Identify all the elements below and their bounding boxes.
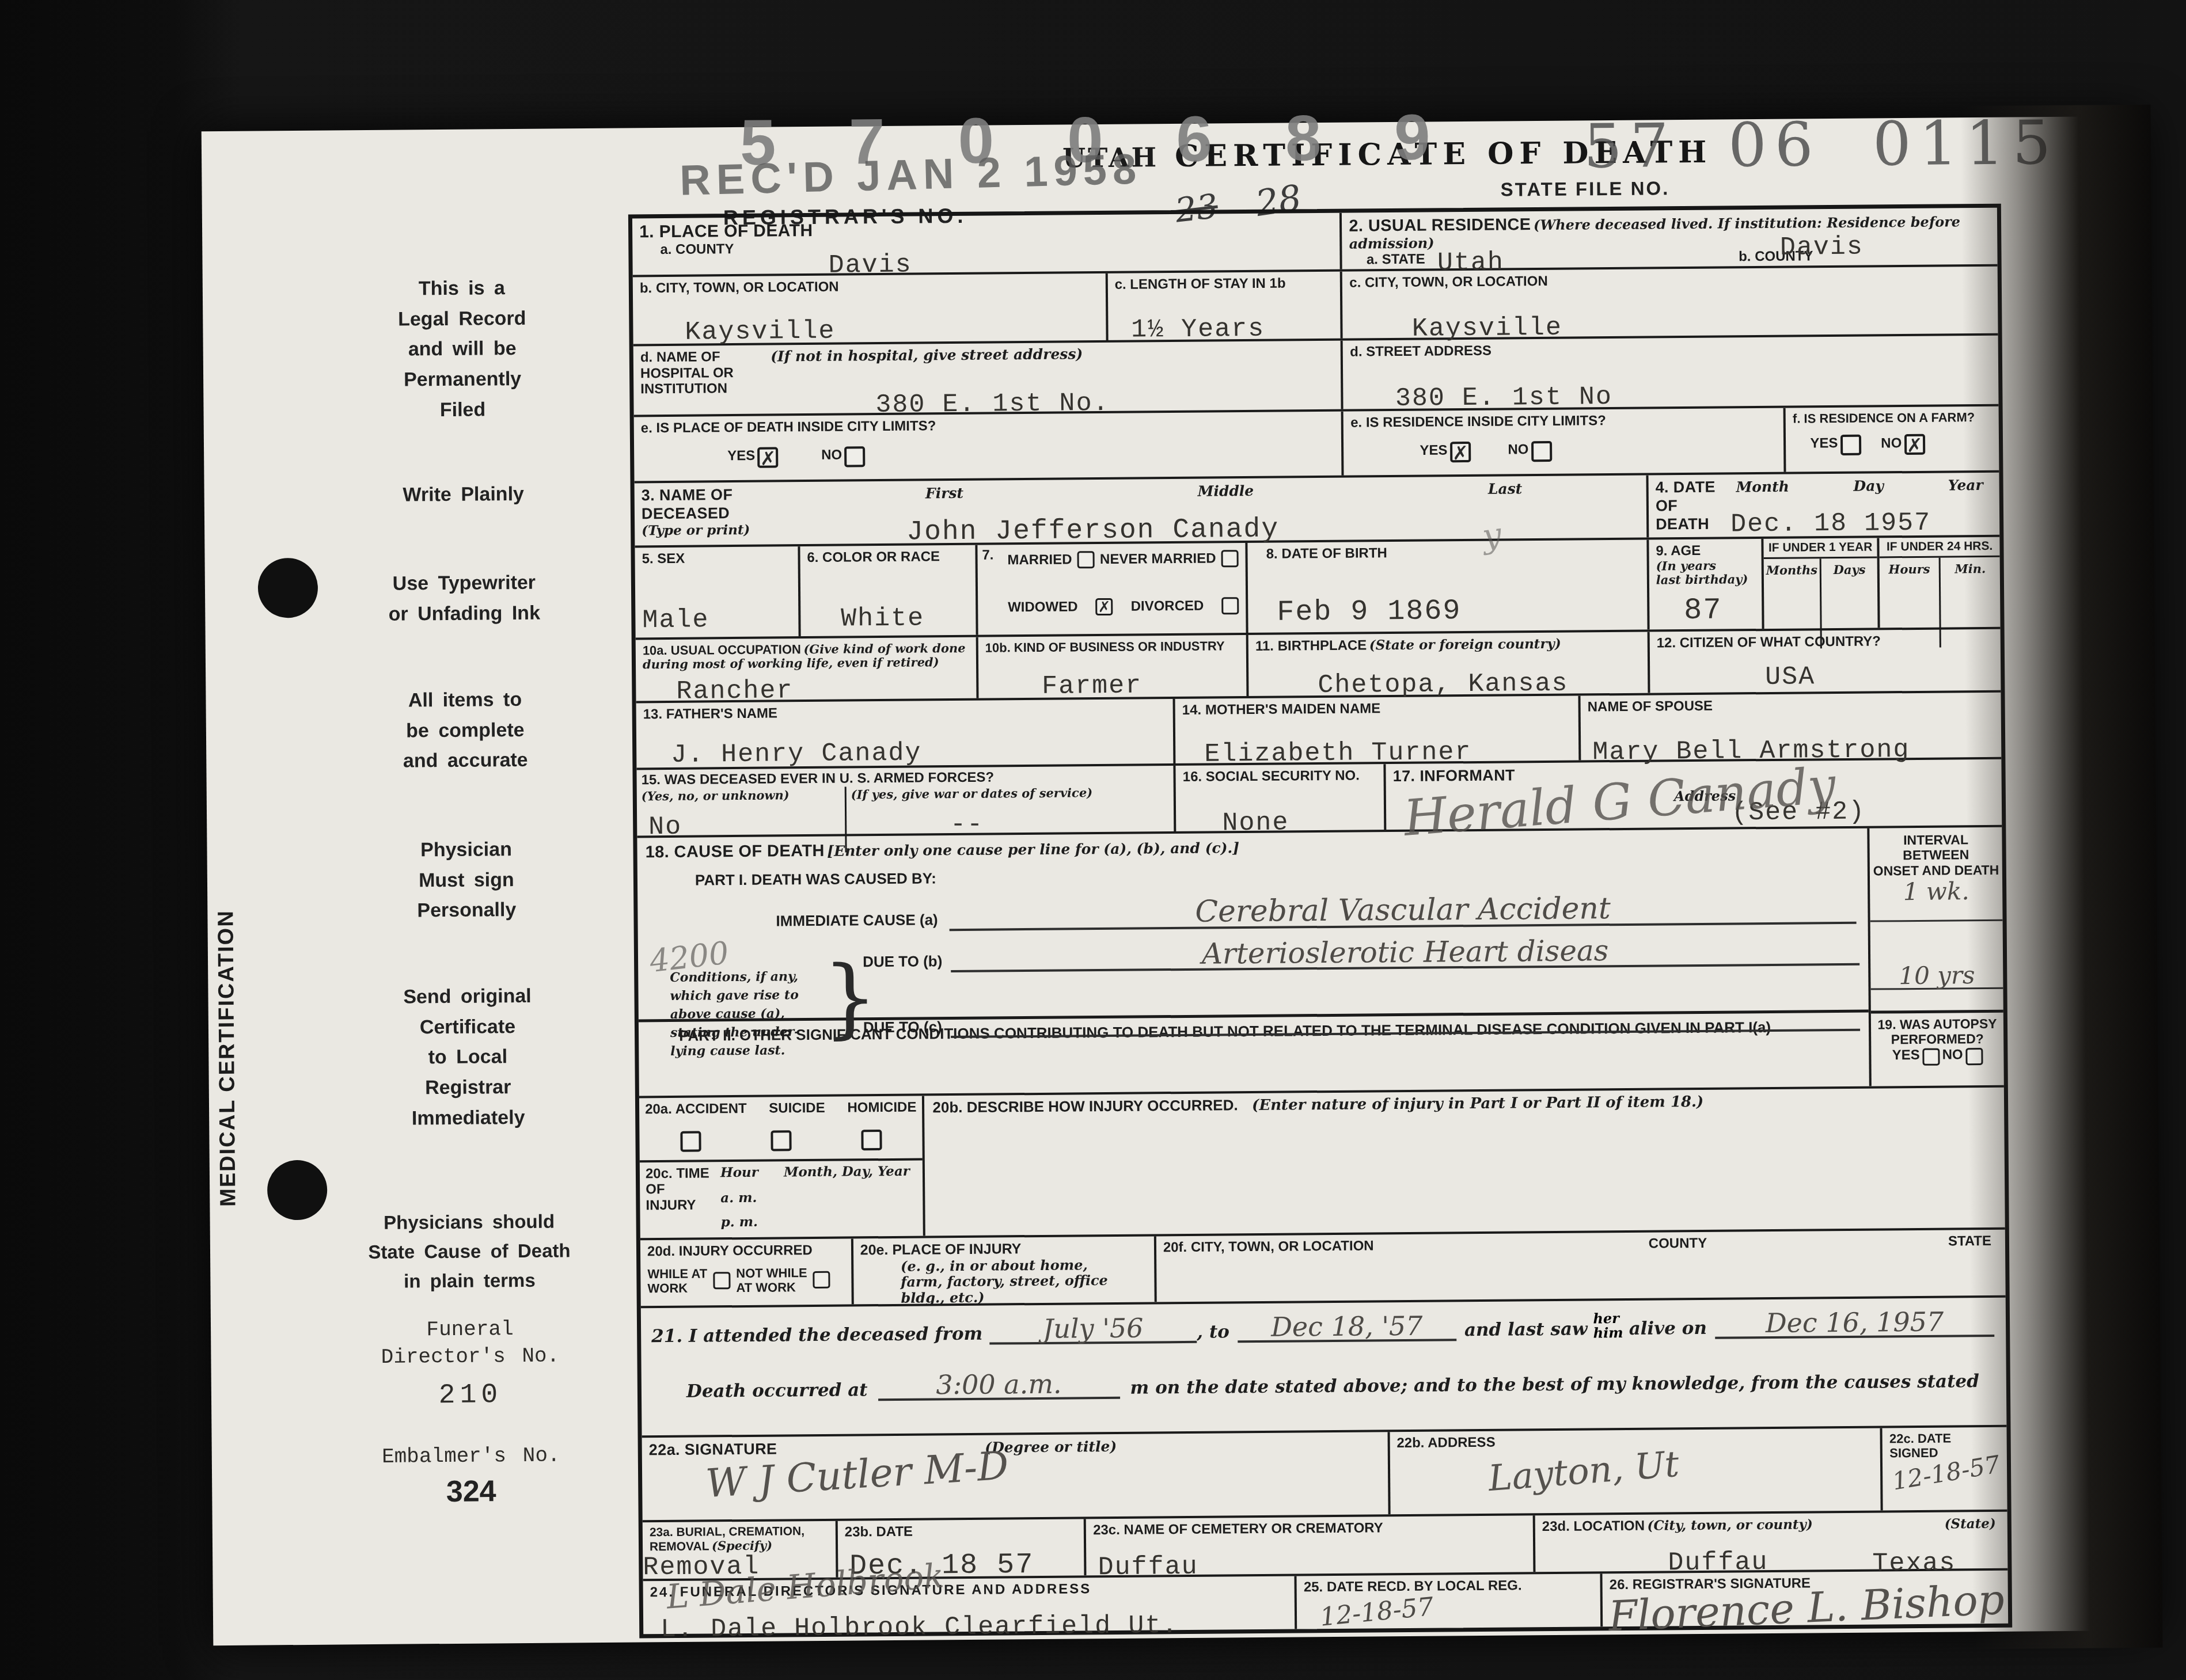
registrar-signature-cell: 26. REGISTRAR'S SIGNATURE Florence L. Bi… [1603,1571,2009,1627]
punch-hole-bottom [267,1160,328,1221]
father-cell: 13. FATHER'S NAME J. Henry Canady [636,699,1176,767]
immediate-cause-label: IMMEDIATE CAUSE (a) [776,911,938,932]
hour-label: Hour [720,1165,758,1181]
age-label: 9. AGE [1656,543,1701,559]
embalmers-no-value: 324 [307,1467,636,1516]
burial-location-hint: (City, town, or county) [1647,1516,1813,1533]
interval-a-value: 1 wk. [1903,877,1969,906]
armed-forces-dates: -- [950,811,984,839]
him-label: him [1593,1325,1623,1340]
conditions-note: Conditions, if any, which gave rise to a… [670,968,800,1061]
date-received-value: 12-18-57 [1319,1594,1435,1630]
father-label: 13. FATHER'S NAME [643,705,778,722]
due-to-c-label: DUE TO (c) [863,1018,942,1039]
res-street-cell: d. STREET ADDRESS 380 E. 1st No [1343,336,1998,409]
under-1-year-label: IF UNDER 1 YEAR [1763,538,1877,559]
pod-stay-value: 1½ Years [1131,316,1265,344]
res-limits-cell: e. IS RESIDENCE INSIDE CITY LIMITS? YES … [1344,408,1786,476]
death-time-value: 3:00 a.m. [936,1369,1062,1401]
pod-city-value: Kaysville [685,317,835,345]
autopsy-cell: 19. WAS AUTOPSY PERFORMED? YES NO [1871,1010,2004,1086]
age-value: 87 [1684,595,1722,627]
deceased-name-cell: 3. NAME OF DECEASED (Type or print) Firs… [635,476,1649,546]
interval-column: INTERVAL BETWEEN ONSET AND DEATH 1 wk. 1… [1869,827,2003,1086]
how-injury-hint: (Enter nature of injury in Part I or Par… [1252,1093,1704,1114]
under-24-hrs-label: IF UNDER 24 HRS. [1880,537,2000,558]
usual-residence-title: 2. USUAL RESIDENCE [1349,215,1531,235]
margin-note-write-plainly: Write Plainly [299,478,627,511]
due-to-b-value: Arterioslerotic Heart diseas [1202,934,1609,971]
not-while-at-work-checkbox [813,1271,830,1288]
interval-label: INTERVAL BETWEEN ONSET AND DEATH [1869,827,2002,880]
burial-location-label: 23d. LOCATION [1542,1518,1645,1534]
certifier-row: 22a. SIGNATURE (Degree or title) W J Cut… [642,1427,2007,1523]
certificate-sheet: 5 7 0 0 6 8 9 REC'D JAN 2 1958 REGISTRAR… [202,116,2157,1645]
pod-hospital-cell: d. NAME OF HOSPITAL OR INSTITUTION (If n… [633,341,1344,415]
place-of-injury-label: 20e. PLACE OF INJURY [860,1241,1022,1258]
widowed-checkbox: ✗ [1095,598,1113,615]
res-street-value: 380 E. 1st No [1395,383,1612,412]
how-injury-occurred-cell: 20b. DESCRIBE HOW INJURY OCCURRED. (Ente… [924,1088,2005,1236]
margin-note-physician-sign: Physician Must sign Personally [302,833,631,927]
cause-hint: [Enter only one cause per line for (a), … [827,839,1239,860]
birthplace-hint: (State or foreign country) [1369,636,1561,653]
occupation-label: 10a. USUAL OCCUPATION [643,642,801,657]
pod-limits-cell: e. IS PLACE OF DEATH INSIDE CITY LIMITS?… [634,412,1344,481]
margin-note-all-items: All items to be complete and accurate [301,683,629,777]
suicide-label: SUICIDE [769,1100,825,1116]
alive-on-text: alive on [1629,1318,1707,1340]
homicide-checkbox [861,1130,882,1150]
armed-forces-hint1: (Yes, no, or unknown) [642,788,790,803]
accident-suicide-homicide-cell: 20a. ACCIDENT SUICIDE HOMICIDE [639,1096,923,1163]
armed-forces-answer: No [648,814,682,841]
margin-note-use-typewriter: Use Typewriter or Unfading Ink [300,567,629,630]
date-of-death-cell: 4. DATE OF DEATH Month Day Year Dec. 18 … [1648,473,1999,538]
marital-status-cell: 7. MARRIED NEVER MARRIED WIDOWED ✗ DIVOR… [977,543,1248,635]
pod-limits-yes-checkbox: ✗ [758,447,779,467]
widowed-label: WIDOWED [1008,599,1078,616]
citizen-label: 12. CITIZEN OF WHAT COUNTRY? [1657,633,1881,651]
spouse-cell: NAME OF SPOUSE Mary Bell Armstrong [1581,693,2002,761]
hours-label: Hours [1888,562,1930,577]
her-him-choice: her him [1593,1311,1623,1340]
deceased-name-hint: (Type or print) [642,522,750,538]
divorced-checkbox [1221,597,1239,614]
birthplace-label: 11. BIRTHPLACE [1255,637,1367,654]
days-label: Days [1834,562,1866,577]
attended-pre-text: 21. I attended the deceased from [651,1324,982,1348]
injury-state-label: STATE [1948,1233,1991,1249]
months-label: Months [1766,562,1818,577]
occupation-cell: 10a. USUAL OCCUPATION (Give kind of work… [636,637,979,701]
place-of-injury-cell: 20e. PLACE OF INJURY (e. g., in or about… [853,1236,1157,1304]
occupation-value: Rancher [676,677,793,705]
interval-b-cell: 10 yrs [1870,921,2003,990]
item7-label: 7. [982,548,993,564]
res-city-label: c. CITY, TOWN, OR LOCATION [1349,273,1548,291]
burial-state-hint: (State) [1945,1516,1996,1532]
row-family: 13. FATHER'S NAME J. Henry Canady 14. MO… [636,693,2002,770]
never-married-label: NEVER MARRIED [1100,551,1216,568]
pod-city-cell: b. CITY, TOWN, OR LOCATION Kaysville [633,273,1109,344]
dod-day-label: Day [1853,478,1884,495]
last-seen-date-value: Dec 16, 1957 [1766,1306,1944,1339]
cause-main-column: 18. CAUSE OF DEATH [Enter only one cause… [637,828,1872,1096]
ssn-label: 16. SOCIAL SECURITY NO. [1183,768,1360,785]
row-occupation: 10a. USUAL OCCUPATION (Give kind of work… [636,629,2001,704]
attended-from-value: July '56 [1043,1313,1144,1344]
date-received-label: 25. DATE RECD. BY LOCAL REG. [1304,1578,1522,1595]
injury-location-cell: 20f. CITY, TOWN, OR LOCATION COUNTY STAT… [1156,1230,2006,1302]
ssn-cell: 16. SOCIAL SECURITY NO. None [1176,764,1387,831]
homicide-label: HOMICIDE [847,1100,916,1116]
name-first-label: First [925,485,963,502]
citizen-value: USA [1765,663,1815,691]
res-county-value: Davis [1780,233,1864,261]
never-married-checkbox [1221,550,1239,567]
attendance-statement: 21. I attended the deceased from July '5… [641,1298,2007,1438]
res-street-label: d. STREET ADDRESS [1350,343,1492,360]
citizen-cell: 12. CITIZEN OF WHAT COUNTRY? USA [1650,629,2001,693]
place-of-death-title: 1. PLACE OF DEATH [639,221,813,241]
res-limits-yes-checkbox: ✗ [1450,442,1471,462]
funeral-directors-no-value: 210 [306,1376,635,1415]
medical-certification-label: MEDICAL CERTIFICATION [210,765,244,1352]
row-county: 1. PLACE OF DEATH a. COUNTY Davis 2. USU… [632,208,1998,278]
sex-label: 5. SEX [642,551,685,567]
due-to-b-label: DUE TO (b) [863,953,942,973]
registration-row: 24. FUNERAL DIRECTOR'S SIGNATURE AND ADD… [643,1571,2009,1635]
name-last-label: Last [1488,481,1523,497]
while-at-work-label: WHILE AT WORK [647,1266,707,1295]
injury-occurred-cell: 20d. INJURY OCCURRED WHILE AT WORK NOT W… [640,1238,854,1306]
not-while-at-work-label: NOT WHILE AT WORK [736,1265,807,1295]
informant-cell: 17. INFORMANT Address (See #2) Herald G … [1386,759,2002,830]
date-of-death-label: 4. DATE OF DEATH [1655,478,1730,534]
row-demographics: 5. SEX Male 6. COLOR OR RACE White 7. MA… [635,537,2000,640]
place-of-injury-hint: (e. g., in or about home, farm, factory,… [901,1256,1148,1306]
injury-occurred-label: 20d. INJURY OCCURRED [647,1242,813,1259]
last-saw-text: and last saw [1464,1319,1588,1341]
mother-cell: 14. MOTHER'S MAIDEN NAME Elizabeth Turne… [1175,696,1581,764]
business-label: 10b. KIND OF BUSINESS OR INDUSTRY [985,638,1225,655]
accident-label: 20a. ACCIDENT [645,1101,747,1118]
accident-checkbox [680,1131,701,1151]
date-signed-cell: 22c. DATE SIGNED 12-18-57 [1883,1427,2007,1511]
father-value: J. Henry Canady [671,739,921,769]
row-address: d. NAME OF HOSPITAL OR INSTITUTION (If n… [633,336,1999,417]
mother-label: 14. MOTHER'S MAIDEN NAME [1182,701,1381,718]
time-of-injury-label: 20c. TIME OF INJURY [646,1165,721,1234]
birthplace-value: Chetopa, Kansas [1318,670,1568,699]
pod-county-label: a. COUNTY [660,241,734,257]
deceased-name-value: John Jefferson Canady [906,515,1279,546]
death-occurred-text: Death occurred at [686,1379,868,1402]
res-city-value: Kaysville [1412,314,1562,342]
how-injury-label: 20b. DESCRIBE HOW INJURY OCCURRED. [932,1096,1238,1116]
attended-to-label: , to [1197,1322,1229,1344]
funeral-directors-no-label: Funeral Director's No. [306,1315,635,1371]
dob-label: 8. DATE OF BIRTH [1266,545,1387,562]
interval-b-value: 10 yrs [1899,963,1975,988]
margin-note-plain-terms: Physicians should State Cause of Death i… [305,1206,633,1297]
spouse-label: NAME OF SPOUSE [1588,698,1713,715]
pod-city-label: b. CITY, TOWN, OR LOCATION [640,279,839,297]
age-cell: 9. AGE (In years last birthday) 87 [1649,539,1764,630]
res-farm-yes-checkbox [1840,435,1861,455]
divorced-label: DIVORCED [1130,598,1204,615]
pod-limits-no-label: NO [821,447,842,462]
cemetery-cell: 23c. NAME OF CEMETERY OR CREMATORY Duffa… [1086,1515,1535,1575]
sex-cell: 5. SEX Male [635,546,800,637]
race-value: White [841,605,924,632]
res-limits-label: e. IS RESIDENCE INSIDE CITY LIMITS? [1350,413,1606,430]
death-certificate-form: 1. PLACE OF DEATH a. COUNTY Davis 2. USU… [628,204,2012,1639]
under-24-hrs-cell: IF UNDER 24 HRS. Hours Min. [1880,537,2001,628]
age-hint: (In years last birthday) [1656,558,1755,587]
date-signed-label: 22c. DATE SIGNED [1889,1431,1951,1461]
pod-limits-yes-label: YES [727,448,755,463]
immediate-cause-value: Cerebral Vascular Accident [1195,891,1611,929]
res-limits-no-label: NO [1508,442,1528,457]
under-1-year-cell: IF UNDER 1 YEAR Months Days [1763,538,1880,629]
res-farm-yes-label: YES [1810,436,1838,451]
funeral-director-typed: L. Dale Holbrook Clearfield Ut. [661,1612,1178,1643]
dod-month-label: Month [1736,479,1789,496]
dod-year-label: Year [1948,477,1983,494]
cemetery-label: 23c. NAME OF CEMETERY OR CREMATORY [1093,1520,1383,1538]
certifier-address-value: Layton, Ut [1487,1446,1680,1497]
informant-label: 17. INFORMANT [1393,766,1515,785]
res-limits-yes-label: YES [1420,442,1447,458]
res-farm-no-checkbox: ✗ [1904,434,1925,455]
cause-label: 18. CAUSE OF DEATH [645,842,824,861]
armed-forces-cell: 15. WAS DECEASED EVER IN U. S. ARMED FOR… [636,766,1176,835]
place-of-death-county-cell: 1. PLACE OF DEATH a. COUNTY Davis [632,213,1342,275]
cause-of-death-block: 18. CAUSE OF DEATH [Enter only one cause… [637,827,2003,1099]
res-farm-no-label: NO [1881,435,1902,451]
pod-hospital-label: d. NAME OF HOSPITAL OR INSTITUTION [640,349,734,397]
burial-date-label: 23b. DATE [845,1524,913,1540]
autopsy-yes-label: YES [1892,1047,1920,1063]
injury-county-label: COUNTY [1649,1236,1707,1252]
injury-block-top: 20a. ACCIDENT SUICIDE HOMICIDE 20c. TIME… [639,1088,2005,1241]
married-checkbox [1077,551,1095,568]
margin-note-send-original: Send original Certificate to Local Regis… [303,980,632,1134]
row-name: 3. NAME OF DECEASED (Type or print) Firs… [635,473,2000,548]
autopsy-no-label: NO [1942,1047,1963,1062]
date-received-cell: 25. DATE RECD. BY LOCAL REG. 12-18-57 [1297,1573,1603,1629]
while-at-work-checkbox [713,1272,730,1289]
certifier-address-label: 22b. ADDRESS [1396,1435,1495,1451]
pod-stay-label: c. LENGTH OF STAY IN 1b [1115,276,1286,292]
autopsy-yes-checkbox [1922,1048,1940,1065]
death-post-text: m on the date stated above; and to the b… [1130,1371,1979,1399]
attended-to-value: Dec 18, '57 [1271,1310,1423,1343]
birthplace-cell: 11. BIRTHPLACE (State or foreign country… [1248,632,1650,696]
row-city-limits: e. IS PLACE OF DEATH INSIDE CITY LIMITS?… [634,406,1999,484]
state-file-number-stamp: 57 06 0115 [1584,108,2059,181]
pod-limits-label: e. IS PLACE OF DEATH INSIDE CITY LIMITS? [641,418,936,436]
name-middle-label: Middle [1198,483,1254,500]
margin-note-legal-record: This is a Legal Record and will be Perma… [298,272,627,427]
dob-value: Feb 9 1869 [1277,596,1461,628]
time-of-injury-cell: 20c. TIME OF INJURY Hour a. m. p. m. Mon… [640,1160,923,1238]
certifier-signature-label: 22a. SIGNATURE [649,1440,777,1459]
usual-residence-header-cell: 2. USUAL RESIDENCE (Where deceased lived… [1342,208,1997,269]
date-of-death-value: Dec. 18 1957 [1730,509,1931,538]
pod-hospital-hint: (If not in hospital, give street address… [771,345,1083,364]
race-cell: 6. COLOR OR RACE White [800,545,978,636]
burial-type-hint: (Specify) [712,1538,772,1553]
business-value: Farmer [1042,672,1142,700]
interval-a-cell: 1 wk. [1870,879,2002,922]
embalmers-no-label: Embalmer's No. [307,1442,635,1471]
res-city-cell: c. CITY, TOWN, OR LOCATION Kaysville [1342,267,1998,339]
burial-location-cell: 23d. LOCATION (City, town, or county) (S… [1535,1512,2008,1572]
min-label: Min. [1955,561,1986,576]
married-label: MARRIED [1007,552,1072,568]
pod-limits-no-checkbox [844,446,865,467]
punch-hole-top [258,558,318,618]
res-farm-label: f. IS RESIDENCE ON A FARM? [1793,410,1975,425]
certifier-signature-cell: 22a. SIGNATURE (Degree or title) W J Cut… [642,1432,1391,1520]
am-pm-label: a. m. p. m. [720,1186,784,1234]
cause-part1-label: PART I. DEATH WAS CAUSED BY: [695,869,936,888]
month-day-year-label: Month, Day, Year [784,1164,910,1233]
funeral-director-cell: 24. FUNERAL DIRECTOR'S SIGNATURE AND ADD… [643,1576,1297,1634]
res-limits-no-checkbox [1531,440,1552,461]
row-service-informant: 15. WAS DECEASED EVER IN U. S. ARMED FOR… [636,759,2002,838]
autopsy-label: 19. WAS AUTOPSY PERFORMED? [1877,1016,1997,1047]
res-state-label: a. STATE [1367,251,1425,267]
pod-stay-cell: c. LENGTH OF STAY IN 1b 1½ Years [1107,272,1343,340]
business-cell: 10b. KIND OF BUSINESS OR INDUSTRY Farmer [978,635,1249,698]
sex-value: Male [642,606,709,634]
deceased-name-label: 3. NAME OF DECEASED [642,486,733,522]
certifier-address-cell: 22b. ADDRESS Layton, Ut [1390,1428,1883,1514]
injury-city-label: 20f. CITY, TOWN, OR LOCATION [1163,1238,1374,1255]
race-label: 6. COLOR OR RACE [807,549,940,565]
autopsy-no-checkbox [1965,1048,1983,1065]
suicide-checkbox [771,1130,791,1151]
res-farm-cell: f. IS RESIDENCE ON A FARM? YES NO ✗ [1786,406,1999,472]
her-label: her [1593,1311,1623,1326]
injury-block-bottom: 20d. INJURY OCCURRED WHILE AT WORK NOT W… [640,1230,2006,1309]
date-of-birth-cell: 8. DATE OF BIRTH Feb 9 1869 [1248,540,1650,633]
armed-forces-hint2: (If yes, give war or dates of service) [851,785,1093,801]
row-city: b. CITY, TOWN, OR LOCATION Kaysville c. … [633,267,1998,347]
